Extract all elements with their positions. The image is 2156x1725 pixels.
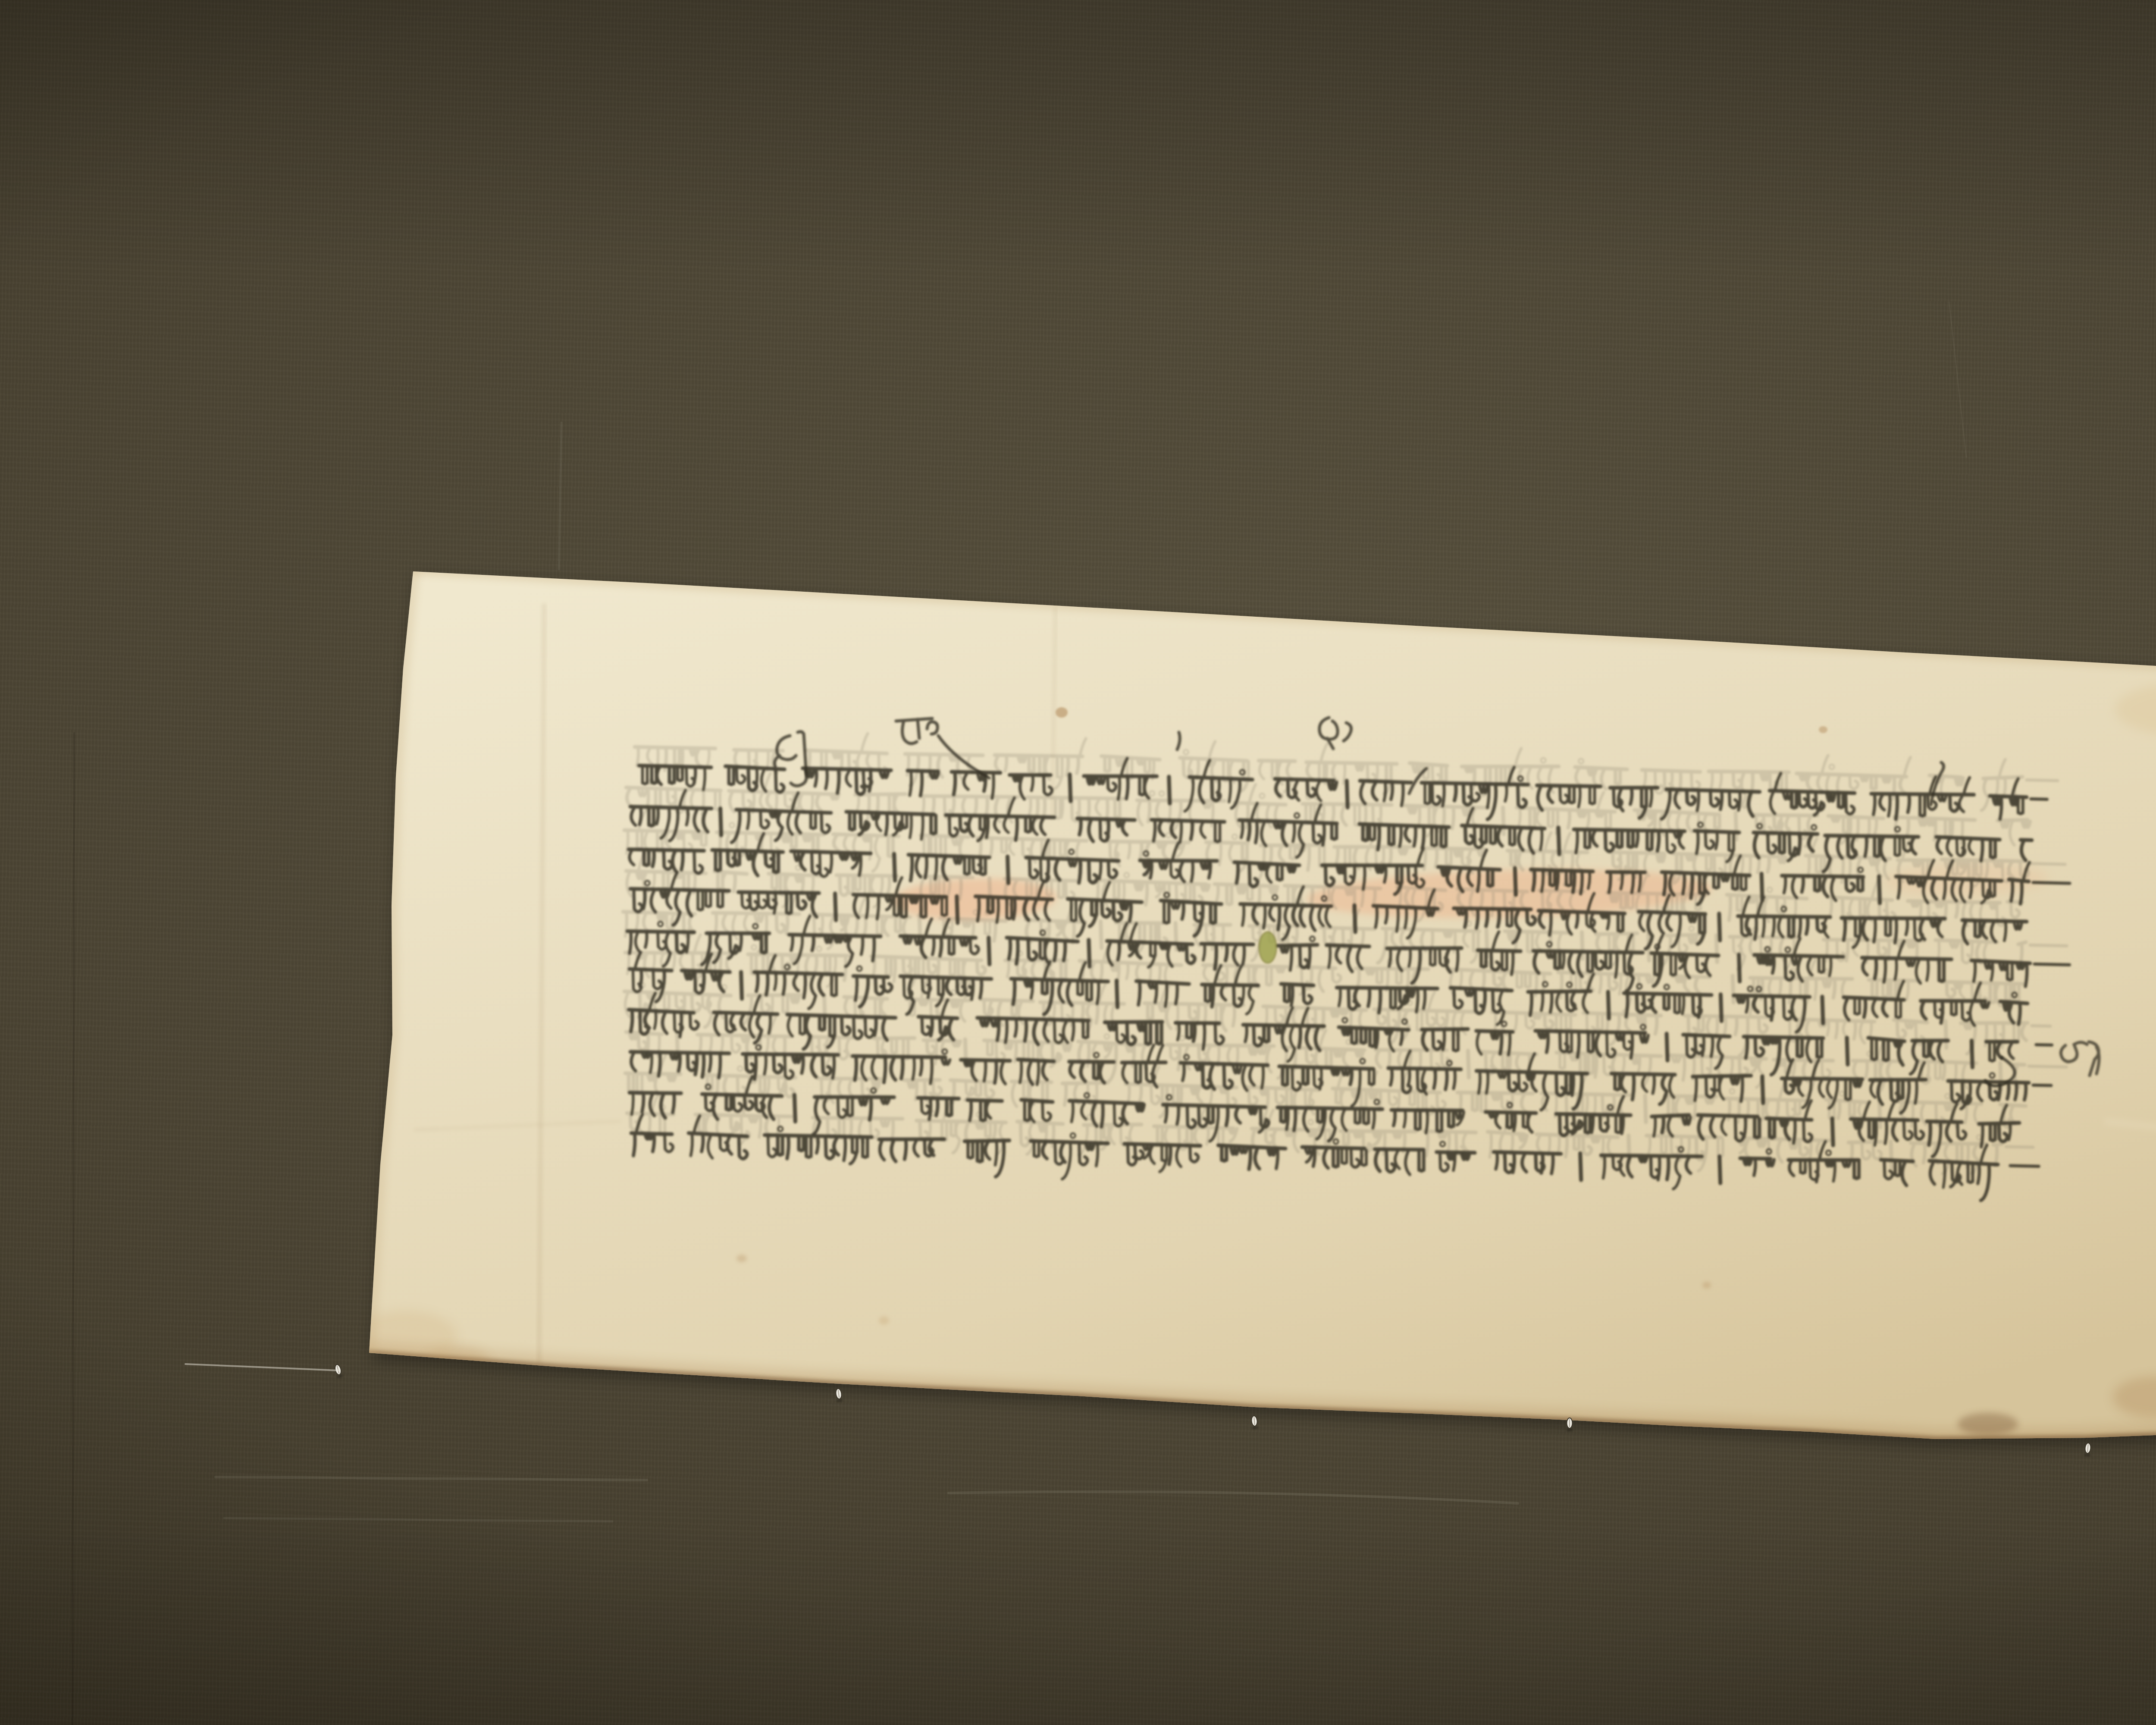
glyph-stroke: [1755, 917, 1757, 940]
glyph-stroke: [1969, 1083, 1971, 1101]
glyph-stroke: [995, 1142, 997, 1165]
glyph-stroke: [786, 916, 788, 934]
glyph-stroke: [1978, 1164, 1980, 1183]
glyph-stroke: [1633, 1076, 1634, 1100]
danda-mark: [794, 1095, 795, 1122]
glyph-stroke: [1799, 918, 1801, 937]
pin: [834, 1388, 843, 1402]
glyph-stroke: [1342, 1069, 1350, 1076]
glyph-stroke: [1408, 807, 1416, 813]
glyph-stroke: [1293, 824, 1295, 841]
glyph-stroke: [1130, 902, 1131, 921]
glyph-stroke: [1457, 910, 1465, 915]
glyph-stroke: [1457, 950, 1458, 971]
glyph-stroke: [1362, 929, 1363, 944]
glyph-stroke: [1639, 873, 1641, 891]
headstroke: [950, 1080, 993, 1082]
glyph-stroke: [1875, 818, 1877, 834]
glyph-stroke: [1596, 812, 1604, 816]
glyph-stroke: [2022, 822, 2030, 827]
glyph-stroke: [1636, 831, 1638, 846]
glyph-stroke: [835, 936, 843, 942]
glyph-stroke: [756, 975, 758, 991]
headstroke: [1478, 950, 1520, 951]
headstroke: [1175, 1023, 1219, 1023]
glyph-stroke: [1435, 850, 1437, 867]
glyph-stroke: [940, 939, 942, 956]
glyph-stroke: [1486, 910, 1488, 926]
glyph-stroke: [653, 872, 655, 888]
glyph-stroke: [631, 1012, 633, 1032]
headstroke: [1542, 1093, 1630, 1095]
glyph-stroke: [643, 891, 645, 909]
glyph-stroke: [1744, 1159, 1752, 1165]
paper-stain: [1386, 613, 1408, 622]
glyph-stroke: [1927, 819, 1935, 825]
glyph-stroke: [1249, 1048, 1257, 1054]
glyph-stroke: [1996, 779, 1998, 795]
glyph-stroke: [1329, 782, 1336, 789]
glyph-stroke: [1404, 1111, 1406, 1127]
glyph-stroke: [856, 977, 857, 1000]
glyph-stroke: [1153, 821, 1155, 841]
glyph-stroke: [639, 790, 646, 796]
glyph-stroke: [1108, 1023, 1116, 1030]
glyph-stroke: [1414, 827, 1416, 846]
glyph-stroke: [1658, 832, 1659, 851]
glyph-stroke: [953, 797, 954, 812]
danda-mark: [1847, 1038, 1848, 1064]
glyph-stroke: [856, 918, 858, 933]
glyph-stroke: [994, 921, 996, 941]
danda-mark: [1468, 1051, 1469, 1078]
glyph-stroke: [671, 1054, 678, 1059]
glyph-stroke: [1448, 1133, 1450, 1153]
glyph-stroke: [1079, 819, 1081, 835]
glyph-stroke: [1889, 795, 1890, 816]
danda-mark: [1582, 932, 1583, 959]
board-fibre-line: [72, 733, 74, 1725]
glyph-stroke: [1870, 1022, 1871, 1038]
glyph-stroke: [1366, 969, 1374, 974]
glyph-stroke: [1031, 981, 1033, 998]
glyph-stroke: [1388, 1051, 1390, 1068]
headstroke: [908, 771, 938, 772]
glyph-stroke: [960, 939, 968, 946]
glyph-stroke: [802, 876, 803, 893]
glyph-stroke: [1389, 949, 1391, 966]
glyph-stroke: [1907, 819, 1909, 836]
glyph-stroke: [1568, 811, 1570, 828]
glyph-stroke: [844, 1138, 846, 1160]
glyph-stroke: [1368, 988, 1370, 1006]
glyph-stroke: [1561, 974, 1562, 998]
glyph-stroke: [1007, 961, 1009, 977]
glyph-stroke: [749, 1117, 757, 1122]
glyph-stroke: [1906, 920, 1908, 935]
glyph-stroke: [1340, 1010, 1347, 1014]
glyph-stroke: [2018, 1004, 2020, 1025]
glyph-stroke: [1970, 881, 1972, 898]
glyph-stroke: [1945, 1104, 1952, 1110]
glyph-stroke: [1015, 817, 1017, 840]
glyph-stroke: [1376, 867, 1384, 872]
danda-mark: [741, 972, 742, 999]
glyph-stroke: [1480, 786, 1488, 793]
danda-mark: [1117, 981, 1118, 1007]
glyph-stroke: [1140, 843, 1142, 859]
glyph-stroke: [881, 1120, 889, 1126]
glyph-stroke: [1013, 900, 1015, 919]
glyph-stroke: [1632, 873, 1633, 893]
danda-mark: [1608, 992, 1609, 1019]
glyph-stroke: [1576, 830, 1578, 853]
glyph-stroke: [1991, 963, 1993, 980]
headstroke: [1537, 785, 1601, 786]
glyph-stroke: [2004, 922, 2006, 941]
glyph-stroke: [1716, 833, 1717, 849]
glyph-stroke: [1763, 917, 1764, 936]
glyph-stroke: [986, 798, 987, 816]
glyph-stroke: [1203, 945, 1205, 960]
glyph-stroke: [826, 771, 827, 789]
glyph-stroke: [1018, 756, 1026, 762]
glyph-stroke: [1557, 871, 1558, 889]
glyph-stroke: [1444, 931, 1452, 936]
glyph-stroke: [1015, 1021, 1017, 1036]
headstroke: [1422, 783, 1528, 784]
glyph-stroke: [1481, 891, 1482, 907]
danda-mark: [989, 938, 990, 964]
glyph-stroke: [888, 878, 890, 893]
glyph-stroke: [1908, 796, 1910, 812]
glyph-stroke: [1169, 1146, 1171, 1164]
glyph-stroke: [1908, 879, 1915, 884]
glyph-stroke: [1247, 804, 1248, 828]
glyph-stroke: [646, 932, 647, 947]
danda-mark: [1070, 775, 1071, 801]
glyph-stroke: [1765, 957, 1773, 964]
danda-mark: [835, 894, 836, 920]
headstroke: [1105, 1022, 1162, 1022]
glyph-stroke: [997, 899, 999, 922]
glyph-stroke: [1346, 888, 1354, 894]
glyph-stroke: [1830, 959, 1831, 976]
glyph-stroke: [1203, 1025, 1205, 1049]
glyph-stroke: [1721, 875, 1729, 881]
glyph-stroke: [1974, 962, 1975, 981]
glyph-stroke: [1146, 884, 1147, 905]
glyph-stroke: [685, 973, 693, 979]
glyph-stroke: [1274, 823, 1282, 828]
glyph-stroke: [1653, 1076, 1655, 1093]
danda-mark: [1762, 1076, 1763, 1103]
glyph-stroke: [933, 797, 934, 814]
glyph-stroke: [765, 1056, 766, 1074]
glyph-stroke: [1771, 997, 1773, 1020]
glyph-stroke: [1178, 944, 1185, 950]
glyph-stroke: [1854, 1081, 1861, 1087]
glyph-stroke: [1376, 908, 1377, 927]
glyph-stroke: [1613, 1097, 1614, 1113]
glyph-stroke: [1400, 826, 1401, 847]
glyph-stroke: [652, 850, 654, 866]
glyph-stroke: [1291, 987, 1293, 1005]
glyph-stroke: [1779, 857, 1786, 863]
green-ink-blot: [1259, 932, 1276, 963]
glyph-stroke: [1676, 977, 1684, 982]
glyph-stroke: [1029, 799, 1031, 815]
glyph-stroke: [936, 1100, 938, 1116]
headstroke: [748, 995, 800, 995]
glyph-stroke: [2011, 881, 2013, 901]
glyph-stroke: [1454, 1072, 1455, 1089]
glyph-stroke: [1508, 1032, 1510, 1055]
glyph-stroke: [1087, 777, 1095, 784]
line-fill-dash: [2036, 1044, 2052, 1045]
glyph-stroke: [1874, 795, 1875, 815]
glyph-stroke: [951, 920, 953, 936]
glyph-stroke: [1397, 909, 1398, 931]
glyph-stroke: [1827, 1021, 1829, 1035]
glyph-stroke: [1654, 1117, 1655, 1136]
glyph-stroke: [1025, 1021, 1027, 1041]
glyph-stroke: [753, 935, 761, 939]
glyph-stroke: [911, 856, 912, 881]
glyph-stroke: [1996, 1146, 1997, 1165]
glyph-stroke: [1754, 1159, 1756, 1175]
glyph-stroke: [1416, 990, 1418, 1012]
glyph-stroke: [770, 812, 778, 817]
glyph-stroke: [963, 920, 971, 927]
headstroke: [952, 772, 1000, 773]
glyph-stroke: [1558, 1136, 1560, 1154]
glyph-stroke: [1607, 1116, 1608, 1132]
glyph-stroke: [1294, 1108, 1296, 1130]
glyph-stroke: [2004, 779, 2006, 797]
glyph-stroke: [1766, 1160, 1774, 1166]
glyph-stroke: [1401, 784, 1403, 806]
pin-shadow: [836, 1399, 843, 1402]
headstroke: [1422, 848, 1484, 849]
glyph-stroke: [894, 959, 896, 982]
glyph-stroke: [1118, 943, 1120, 960]
headstroke: [2014, 1064, 2024, 1065]
glyph-stroke: [1015, 1043, 1016, 1062]
glyph-stroke: [2000, 798, 2002, 819]
glyph-stroke: [908, 1081, 916, 1088]
glyph-stroke: [1806, 918, 1808, 934]
headstroke: [1275, 779, 1334, 780]
glyph-stroke: [1054, 941, 1056, 961]
danda-mark: [1503, 807, 1504, 834]
glyph-stroke: [1884, 960, 1886, 982]
glyph-stroke: [954, 774, 956, 795]
glyph-stroke: [655, 1013, 656, 1029]
glyph-stroke: [925, 857, 927, 878]
glyph-stroke: [1226, 1107, 1228, 1126]
glyph-stroke: [1720, 791, 1722, 809]
glyph-stroke: [1191, 863, 1193, 881]
glyph-stroke: [1100, 963, 1102, 982]
glyph-stroke: [2025, 963, 2027, 986]
glyph-stroke: [1683, 874, 1685, 894]
glyph-stroke: [1086, 1144, 1094, 1150]
line-fill-dash: [2034, 964, 2069, 965]
glyph-stroke: [1540, 829, 1542, 850]
glyph-stroke: [1369, 1091, 1377, 1098]
glyph-stroke: [710, 1036, 712, 1052]
glyph-stroke: [1240, 1148, 1247, 1153]
glyph-stroke: [1731, 1078, 1739, 1084]
glyph-stroke: [768, 1078, 769, 1094]
glyph-stroke: [1838, 1102, 1840, 1118]
glyph-stroke: [645, 1134, 653, 1139]
photo-of-manuscript: [0, 0, 2156, 1725]
headstroke: [1535, 1031, 1645, 1033]
glyph-stroke: [1454, 785, 1456, 800]
glyph-stroke: [1097, 777, 1105, 784]
glyph-stroke: [1353, 866, 1355, 881]
glyph-stroke: [1118, 778, 1120, 799]
headstroke: [1539, 891, 1584, 891]
line-fill-dash: [2029, 863, 2065, 864]
glyph-stroke: [1399, 849, 1407, 854]
danda-mark: [1645, 1095, 1646, 1122]
glyph-stroke: [755, 769, 757, 789]
glyph-stroke: [861, 937, 863, 954]
glyph-stroke: [869, 772, 871, 791]
glyph-stroke: [1944, 880, 1946, 899]
glyph-stroke: [1476, 910, 1478, 928]
glyph-stroke: [1981, 1002, 1989, 1007]
glyph-stroke: [1981, 1124, 1983, 1147]
glyph-stroke: [1646, 976, 1654, 983]
glyph-stroke: [1248, 823, 1250, 840]
glyph-stroke: [1362, 889, 1363, 906]
glyph-stroke: [1689, 915, 1696, 922]
glyph-stroke: [1047, 859, 1049, 879]
glyph-stroke: [910, 897, 918, 903]
glyph-stroke: [2007, 1084, 2009, 1099]
glyph-stroke: [1334, 1050, 1342, 1056]
paper-stain: [879, 1316, 889, 1325]
glyph-stroke: [1539, 1033, 1546, 1038]
headstroke: [1326, 945, 1369, 947]
board-fibre-line: [1949, 302, 1966, 457]
glyph-stroke: [702, 973, 704, 991]
glyph-stroke: [1664, 874, 1666, 895]
line-fill-dash: [2033, 882, 2070, 883]
glyph-stroke: [1067, 758, 1069, 775]
headstroke: [1018, 1060, 1054, 1061]
glyph-stroke: [994, 1123, 996, 1138]
glyph-stroke: [1623, 1057, 1624, 1072]
headstroke: [1531, 869, 1593, 871]
glyph-stroke: [904, 938, 912, 944]
glyph-stroke: [1773, 917, 1774, 936]
glyph-stroke: [1233, 1007, 1235, 1026]
glyph-stroke: [935, 1041, 937, 1064]
headstroke: [837, 875, 897, 876]
glyph-stroke: [702, 1054, 704, 1077]
glyph-stroke: [1956, 902, 1958, 917]
glyph-stroke: [959, 880, 961, 899]
glyph-stroke: [1127, 964, 1128, 979]
glyph-stroke: [1276, 1148, 1278, 1169]
glyph-stroke: [864, 918, 866, 935]
glyph-stroke: [1460, 972, 1462, 988]
glyph-stroke: [1237, 864, 1238, 883]
glyph-stroke: [1496, 1154, 1498, 1169]
glyph-stroke: [870, 1099, 871, 1120]
glyph-stroke: [1683, 1058, 1685, 1080]
line-fill-dash: [2010, 1166, 2039, 1167]
glyph-stroke: [815, 957, 817, 972]
glyph-stroke: [1986, 862, 1988, 877]
glyph-stroke: [1924, 1145, 1925, 1163]
glyph-stroke: [1332, 806, 1334, 823]
glyph-stroke: [1688, 1139, 1689, 1155]
glyph-stroke: [1413, 765, 1421, 772]
glyph-stroke: [693, 833, 700, 839]
glyph-stroke: [2015, 1084, 2017, 1100]
danda-mark: [1733, 976, 1733, 1003]
glyph-stroke: [686, 810, 688, 825]
glyph-stroke: [1097, 982, 1099, 1004]
headstroke: [1027, 797, 1124, 799]
glyph-stroke: [1823, 980, 1831, 987]
headstroke: [852, 1056, 945, 1057]
glyph-stroke: [1290, 947, 1292, 970]
paper-stain: [1702, 1282, 1711, 1289]
glyph-stroke: [721, 1036, 723, 1053]
glyph-stroke: [1907, 942, 1915, 947]
glyph-stroke: [1833, 980, 1835, 998]
glyph-stroke: [870, 837, 871, 859]
danda-mark: [894, 854, 895, 881]
headstroke: [1698, 1115, 1758, 1117]
glyph-stroke: [673, 1094, 674, 1113]
glyph-stroke: [840, 855, 848, 859]
glyph-stroke: [1533, 871, 1535, 891]
danda-mark: [1008, 856, 1009, 883]
glyph-stroke: [1225, 945, 1227, 961]
glyph-stroke: [1484, 991, 1485, 1009]
line-fill-dash: [2030, 945, 2067, 946]
danda-mark: [1822, 997, 1823, 1023]
glyph-stroke: [1116, 759, 1124, 765]
glyph-stroke: [921, 773, 922, 796]
glyph-stroke: [673, 954, 675, 969]
glyph-stroke: [997, 1021, 999, 1041]
paper-stain: [1958, 1413, 2018, 1435]
glyph-stroke: [1013, 980, 1015, 1004]
glyph-stroke: [1541, 992, 1543, 1010]
glyph-stroke: [1350, 1069, 1352, 1084]
glyph-stroke: [980, 980, 982, 998]
glyph-stroke: [1731, 1059, 1733, 1075]
danda-mark: [1946, 1021, 1946, 1048]
glyph-stroke: [1320, 1069, 1322, 1089]
glyph-stroke: [1794, 1120, 1796, 1143]
glyph-stroke: [1053, 1003, 1055, 1020]
glyph-stroke: [1994, 862, 2002, 867]
glyph-stroke: [1689, 937, 1697, 943]
danda-mark: [1739, 955, 1740, 982]
headstroke: [1881, 1160, 1913, 1161]
glyph-stroke: [1592, 1137, 1599, 1142]
